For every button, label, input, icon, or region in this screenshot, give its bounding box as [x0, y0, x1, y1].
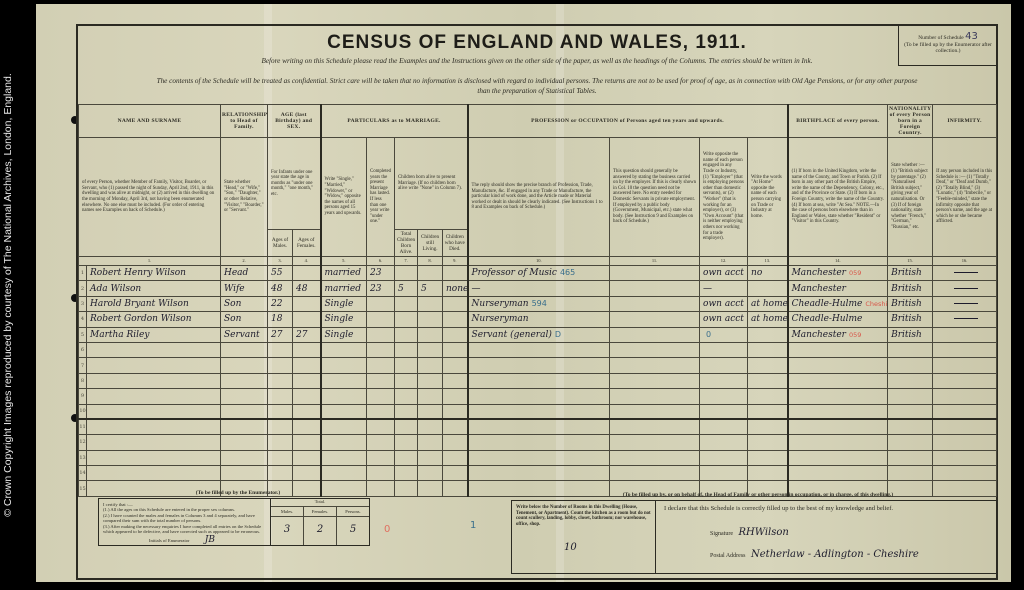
children-died-cell — [443, 466, 468, 481]
name-cell — [87, 358, 221, 373]
occupation-cell: — — [468, 281, 610, 296]
col-number: 4. — [293, 257, 321, 266]
age-male-cell — [268, 419, 293, 434]
children-living-cell — [418, 389, 443, 404]
col-age-females: Ages of Females. — [293, 230, 321, 257]
table-row: 10 — [79, 404, 997, 419]
children-living-cell-text: 5 — [421, 284, 427, 294]
col-header-marriage: PARTICULARS as to MARRIAGE. — [321, 105, 468, 138]
relationship-cell-text: Son — [224, 299, 241, 309]
name-cell: Robert Henry Wilson — [87, 266, 221, 281]
industry-cell — [610, 342, 700, 357]
birthplace-cell: Cheadle-HulmeCheshire — [788, 296, 888, 311]
nationality-cell: British — [888, 296, 933, 311]
row-number: 2 — [79, 281, 87, 296]
col-header-occupation: PROFESSION or OCCUPATION of Persons aged… — [468, 105, 788, 138]
name-cell: Robert Gordon Wilson — [87, 312, 221, 327]
industry-cell — [610, 358, 700, 373]
home-cell: no — [748, 266, 788, 281]
industry-cell — [610, 419, 700, 434]
marital-status-cell — [321, 450, 367, 465]
relationship-cell — [221, 404, 268, 419]
relationship-cell — [221, 450, 268, 465]
postal-address-label: Postal Address — [710, 553, 746, 559]
row-number: 5 — [79, 327, 87, 342]
age-male-cell — [268, 450, 293, 465]
nationality-cell — [888, 419, 933, 434]
home-cell — [748, 342, 788, 357]
birthplace-cell — [788, 466, 888, 481]
nationality-cell — [888, 435, 933, 450]
home-cell — [748, 327, 788, 342]
age-female-cell — [293, 450, 321, 465]
years-married-cell: 23 — [367, 266, 395, 281]
age-female-cell — [293, 389, 321, 404]
name-cell — [87, 373, 221, 388]
children-living-cell — [418, 266, 443, 281]
enumerator-totals: Total. Males.3 Females.2 Persons.5 — [271, 499, 369, 545]
occupation-cell — [468, 373, 610, 388]
name-cell: Ada Wilson — [87, 281, 221, 296]
marital-status-cell: married — [321, 281, 367, 296]
occupation-cell: Professor of Music465 — [468, 266, 610, 281]
employer-cell: — — [700, 281, 748, 296]
col-number: 9. — [443, 257, 468, 266]
annotation-code: 465 — [560, 268, 575, 277]
infirmity-cell — [933, 312, 997, 327]
marital-status-cell — [321, 419, 367, 434]
marital-status-cell-text: Single — [325, 314, 354, 324]
children-total-cell — [395, 373, 418, 388]
years-married-cell — [367, 450, 395, 465]
table-row: 13 — [79, 450, 997, 465]
schedule-number-label: Number of Schedule — [918, 35, 964, 41]
employer-cell: own acct — [700, 296, 748, 311]
employer-cell — [700, 358, 748, 373]
relationship-cell — [221, 419, 268, 434]
children-total-cell — [395, 358, 418, 373]
employer-cell — [700, 435, 748, 450]
females-label: Females. — [304, 507, 336, 517]
row-number: 13 — [79, 450, 87, 465]
years-married-cell — [367, 358, 395, 373]
nationality-cell — [888, 450, 933, 465]
row-number: 14 — [79, 466, 87, 481]
children-living-cell — [418, 358, 443, 373]
birthplace-cell-text: Manchester — [792, 268, 846, 278]
dash-mark — [954, 272, 978, 273]
nationality-cell — [888, 466, 933, 481]
home-cell-text: no — [751, 268, 762, 278]
employer-cell: own acct — [700, 312, 748, 327]
children-total-cell — [395, 404, 418, 419]
occupation-cell — [468, 358, 610, 373]
confidential-line-2: than the preparation of Statistical Tabl… — [78, 87, 996, 95]
age-male-cell: 27 — [268, 327, 293, 342]
table-row: 9 — [79, 389, 997, 404]
nationality-cell-text: British — [891, 284, 922, 294]
years-married-cell-text: 23 — [370, 284, 381, 294]
occupation-cell: Nurseryman — [468, 312, 610, 327]
age-male-cell-text: 55 — [271, 268, 282, 278]
col-children-living: Children still Living. — [418, 230, 443, 257]
children-living-cell — [418, 466, 443, 481]
persons-label: Persons. — [337, 507, 369, 517]
children-living-cell — [418, 404, 443, 419]
col-children-died: Children who have Died. — [443, 230, 468, 257]
totals-label: Total. — [271, 499, 369, 507]
col-number: 15. — [888, 257, 933, 266]
age-male-cell: 48 — [268, 281, 293, 296]
age-female-cell — [293, 312, 321, 327]
age-female-cell — [293, 296, 321, 311]
col-number: 7. — [395, 257, 418, 266]
relationship-cell — [221, 358, 268, 373]
row-number: 10 — [79, 404, 87, 419]
employer-cell — [700, 419, 748, 434]
annotation-code: 0 — [706, 330, 711, 339]
col-number: 6. — [367, 257, 395, 266]
home-cell: at home — [748, 312, 788, 327]
employer-cell — [700, 466, 748, 481]
name-cell — [87, 404, 221, 419]
col-header-nationality: NATIONALITY of every Person born in a Fo… — [888, 105, 933, 138]
age-male-cell — [268, 389, 293, 404]
marital-status-cell — [321, 404, 367, 419]
nationality-cell-text: British — [891, 299, 922, 309]
marital-status-cell-text: married — [325, 284, 361, 294]
home-cell — [748, 373, 788, 388]
age-male-cell — [268, 342, 293, 357]
marital-status-cell-text: Single — [325, 299, 354, 309]
cert-text: (3.) After making the necessary enquirie… — [103, 524, 266, 535]
initials-label: Initials of Enumerator — [149, 538, 190, 543]
enumerator-box: I certify that :— (1.) All the ages on t… — [98, 498, 370, 546]
col-number: 11. — [610, 257, 700, 266]
children-died-cell — [443, 481, 468, 496]
age-female-cell: 48 — [293, 281, 321, 296]
home-cell-text: at home — [751, 314, 788, 324]
employer-cell — [700, 342, 748, 357]
occupation-cell-text: Servant (general) — [472, 330, 552, 340]
industry-cell — [610, 281, 700, 296]
schedule-number: 43 — [965, 31, 978, 42]
children-died-cell — [443, 358, 468, 373]
col-number: 12. — [700, 257, 748, 266]
col-desc-birthplace: (1) If born in the United Kingdom, write… — [788, 138, 888, 257]
birthplace-cell — [788, 358, 888, 373]
schedule-number-box: Number of Schedule 43 (To be filled up b… — [898, 24, 998, 66]
employer-cell-text: own acct — [703, 268, 744, 278]
children-died-cell: none — [443, 281, 468, 296]
col-age-males: Ages of Males. — [268, 230, 293, 257]
name-cell — [87, 466, 221, 481]
age-male-cell-text: 27 — [271, 330, 282, 340]
relationship-cell-text: Son — [224, 314, 241, 324]
employer-cell: 0 — [700, 327, 748, 342]
children-died-cell — [443, 404, 468, 419]
schedule-frame: CENSUS OF ENGLAND AND WALES, 1911. Befor… — [76, 24, 998, 580]
birthplace-cell-text: Manchester — [792, 284, 846, 294]
children-died-cell — [443, 342, 468, 357]
name-cell-text: Ada Wilson — [90, 284, 141, 294]
birthplace-cell — [788, 342, 888, 357]
table-row: 14 — [79, 466, 997, 481]
infirmity-cell — [933, 358, 997, 373]
children-living-cell — [418, 481, 443, 496]
declaration-box: I declare that this Schedule is correctl… — [656, 500, 998, 574]
persons-total: 5 — [337, 517, 369, 545]
children-died-cell — [443, 327, 468, 342]
industry-cell — [610, 466, 700, 481]
age-female-cell-text: 27 — [296, 330, 307, 340]
age-male-cell — [268, 373, 293, 388]
nationality-cell — [888, 358, 933, 373]
age-male-cell-text: 18 — [271, 314, 282, 324]
age-male-cell: 55 — [268, 266, 293, 281]
name-cell-text: Harold Bryant Wilson — [90, 299, 189, 309]
table-row: 11 — [79, 419, 997, 434]
nationality-cell: British — [888, 327, 933, 342]
row-number: 11 — [79, 419, 87, 434]
age-female-cell — [293, 466, 321, 481]
years-married-cell — [367, 435, 395, 450]
home-cell: at home — [748, 296, 788, 311]
col-desc-age: For Infants under one year state the age… — [268, 138, 321, 230]
infirmity-cell — [933, 466, 997, 481]
col-desc-industry: This question should generally be answer… — [610, 138, 700, 257]
birthplace-cell — [788, 419, 888, 434]
infirmity-cell — [933, 373, 997, 388]
col-number: 2. — [221, 257, 268, 266]
col-number: 1. — [79, 257, 221, 266]
age-male-cell-text: 22 — [271, 299, 282, 309]
relationship-cell-text: Servant — [224, 330, 260, 340]
infirmity-cell — [933, 435, 997, 450]
industry-cell — [610, 450, 700, 465]
industry-cell — [610, 266, 700, 281]
years-married-cell — [367, 373, 395, 388]
table-row: 7 — [79, 358, 997, 373]
relationship-cell-text: Head — [224, 268, 248, 278]
col-desc-infirmity: If any person included in this Schedule … — [933, 138, 997, 257]
dash-mark — [954, 288, 978, 289]
years-married-cell — [367, 312, 395, 327]
years-married-cell — [367, 327, 395, 342]
relationship-cell: Servant — [221, 327, 268, 342]
age-male-cell: 18 — [268, 312, 293, 327]
name-cell: Martha Riley — [87, 327, 221, 342]
col-desc-marital-status: Write "Single," "Married," "Widower," or… — [321, 138, 367, 257]
years-married-cell — [367, 466, 395, 481]
marital-status-cell — [321, 466, 367, 481]
home-cell-text: at home — [751, 299, 788, 309]
children-total-cell-text: 5 — [398, 284, 404, 294]
infirmity-cell — [933, 342, 997, 357]
children-total-cell — [395, 419, 418, 434]
occupation-cell: Nurseryman594 — [468, 296, 610, 311]
employer-cell-text: own acct — [703, 299, 744, 309]
name-cell-text: Martha Riley — [90, 330, 149, 340]
children-total-cell: 5 — [395, 281, 418, 296]
col-number: 14. — [788, 257, 888, 266]
col-number: 5. — [321, 257, 367, 266]
relationship-cell: Head — [221, 266, 268, 281]
col-number: 16. — [933, 257, 997, 266]
marital-status-cell — [321, 358, 367, 373]
signature: RHWilson — [739, 527, 789, 538]
col-desc-nationality: State whether :— (1) "British subject by… — [888, 138, 933, 257]
infirmity-cell — [933, 327, 997, 342]
age-female-cell — [293, 373, 321, 388]
col-number: 13. — [748, 257, 788, 266]
employer-cell: own acct — [700, 266, 748, 281]
col-desc-relationship: State whether "Head," or "Wife," "Son," … — [221, 138, 268, 257]
children-died-cell — [443, 296, 468, 311]
home-cell — [748, 419, 788, 434]
children-died-cell — [443, 419, 468, 434]
years-married-cell — [367, 389, 395, 404]
relationship-cell: Wife — [221, 281, 268, 296]
children-died-cell — [443, 389, 468, 404]
years-married-cell-text: 23 — [370, 268, 381, 278]
occupation-cell-text: — — [472, 284, 481, 294]
infirmity-cell — [933, 389, 997, 404]
table-row: 2Ada WilsonWife4848married2355none——Manc… — [79, 281, 997, 296]
col-children-total: Total Children Born Alive. — [395, 230, 418, 257]
name-cell-text: Robert Gordon Wilson — [90, 314, 192, 324]
page-title: CENSUS OF ENGLAND AND WALES, 1911. — [78, 32, 996, 54]
marital-status-cell: married — [321, 266, 367, 281]
occupation-cell — [468, 466, 610, 481]
age-female-cell: 27 — [293, 327, 321, 342]
children-living-cell — [418, 312, 443, 327]
copyright-notice: © Crown Copyright Images reproduced by c… — [0, 0, 16, 590]
children-total-cell — [395, 327, 418, 342]
relationship-cell — [221, 466, 268, 481]
cert-text: (2.) I have counted the males and female… — [103, 513, 266, 524]
home-cell — [748, 404, 788, 419]
birthplace-cell — [788, 404, 888, 419]
col-desc-home: Write the words "At Home" opposite the n… — [748, 138, 788, 257]
infirmity-cell — [933, 266, 997, 281]
col-desc-employer: Write opposite the name of each person e… — [700, 138, 748, 257]
birthplace-cell: Manchester059 — [788, 266, 888, 281]
col-header-age: AGE (last Birthday) and SEX. — [268, 105, 321, 138]
nationality-cell: British — [888, 266, 933, 281]
infirmity-cell — [933, 450, 997, 465]
relationship-cell — [221, 373, 268, 388]
children-living-cell — [418, 419, 443, 434]
children-total-cell — [395, 266, 418, 281]
postal-address: Netherlaw - Adlington - Cheshire — [751, 549, 919, 560]
row-number: 1 — [79, 266, 87, 281]
children-total-cell — [395, 312, 418, 327]
nationality-cell-text: British — [891, 314, 922, 324]
margin-mark: 0 — [384, 524, 390, 535]
col-number: 3. — [268, 257, 293, 266]
col-number: 10. — [468, 257, 610, 266]
home-cell — [748, 389, 788, 404]
row-number: 3 — [79, 296, 87, 311]
occupation-cell: Servant (general)D — [468, 327, 610, 342]
nationality-cell — [888, 342, 933, 357]
industry-cell — [610, 404, 700, 419]
occupation-cell-text: Nurseryman — [472, 314, 529, 324]
col-desc-name: of every Person, whether Member of Famil… — [79, 138, 221, 257]
col-number: 8. — [418, 257, 443, 266]
marital-status-cell: Single — [321, 296, 367, 311]
col-header-infirmity: INFIRMITY. — [933, 105, 997, 138]
children-total-cell — [395, 435, 418, 450]
children-total-cell — [395, 342, 418, 357]
table-row: 5Martha RileyServant2727SingleServant (g… — [79, 327, 997, 342]
infirmity-cell — [933, 419, 997, 434]
females-total: 2 — [304, 517, 336, 545]
age-male-cell — [268, 404, 293, 419]
children-total-cell — [395, 296, 418, 311]
marital-status-cell-text: married — [325, 268, 361, 278]
table-row: 3Harold Bryant WilsonSon22SingleNurserym… — [79, 296, 997, 311]
nationality-cell: British — [888, 281, 933, 296]
children-died-cell — [443, 450, 468, 465]
children-living-cell — [418, 327, 443, 342]
children-living-cell — [418, 342, 443, 357]
signature-label: Signature — [710, 531, 733, 537]
annotation-code: 059 — [849, 331, 861, 339]
age-female-cell — [293, 419, 321, 434]
marital-status-cell — [321, 435, 367, 450]
row-number: 15 — [79, 481, 87, 496]
col-desc-personal-occupation: The reply should show the precise branch… — [468, 138, 610, 257]
children-living-cell — [418, 435, 443, 450]
birthplace-cell — [788, 373, 888, 388]
rooms-count: 10 — [516, 545, 651, 551]
children-living-cell: 5 — [418, 281, 443, 296]
marital-status-cell: Single — [321, 327, 367, 342]
nationality-cell — [888, 404, 933, 419]
dash-mark — [954, 303, 978, 304]
marital-status-cell — [321, 342, 367, 357]
home-cell — [748, 358, 788, 373]
occupation-cell — [468, 435, 610, 450]
birthplace-cell: Manchester059 — [788, 327, 888, 342]
row-number: 6 — [79, 342, 87, 357]
infirmity-cell — [933, 404, 997, 419]
margin-mark: 1 — [470, 520, 476, 531]
birthplace-cell-text: Manchester — [792, 330, 846, 340]
table-row: 6 — [79, 342, 997, 357]
age-male-cell — [268, 358, 293, 373]
home-cell — [748, 466, 788, 481]
age-male-cell: 22 — [268, 296, 293, 311]
name-cell — [87, 435, 221, 450]
name-cell — [87, 389, 221, 404]
years-married-cell — [367, 342, 395, 357]
census-schedule-page: CENSUS OF ENGLAND AND WALES, 1911. Befor… — [36, 4, 1011, 582]
birthplace-cell: Cheadle-Hulme — [788, 312, 888, 327]
children-died-cell — [443, 266, 468, 281]
years-married-cell: 23 — [367, 281, 395, 296]
nationality-cell-text: British — [891, 268, 922, 278]
employer-cell-text: — — [703, 284, 712, 294]
years-married-cell — [367, 481, 395, 496]
children-died-cell — [443, 312, 468, 327]
annotation-code: Cheshire — [865, 300, 887, 308]
age-male-cell-text: 48 — [271, 284, 282, 294]
annotation-code: 594 — [532, 299, 547, 308]
marital-status-cell — [321, 389, 367, 404]
